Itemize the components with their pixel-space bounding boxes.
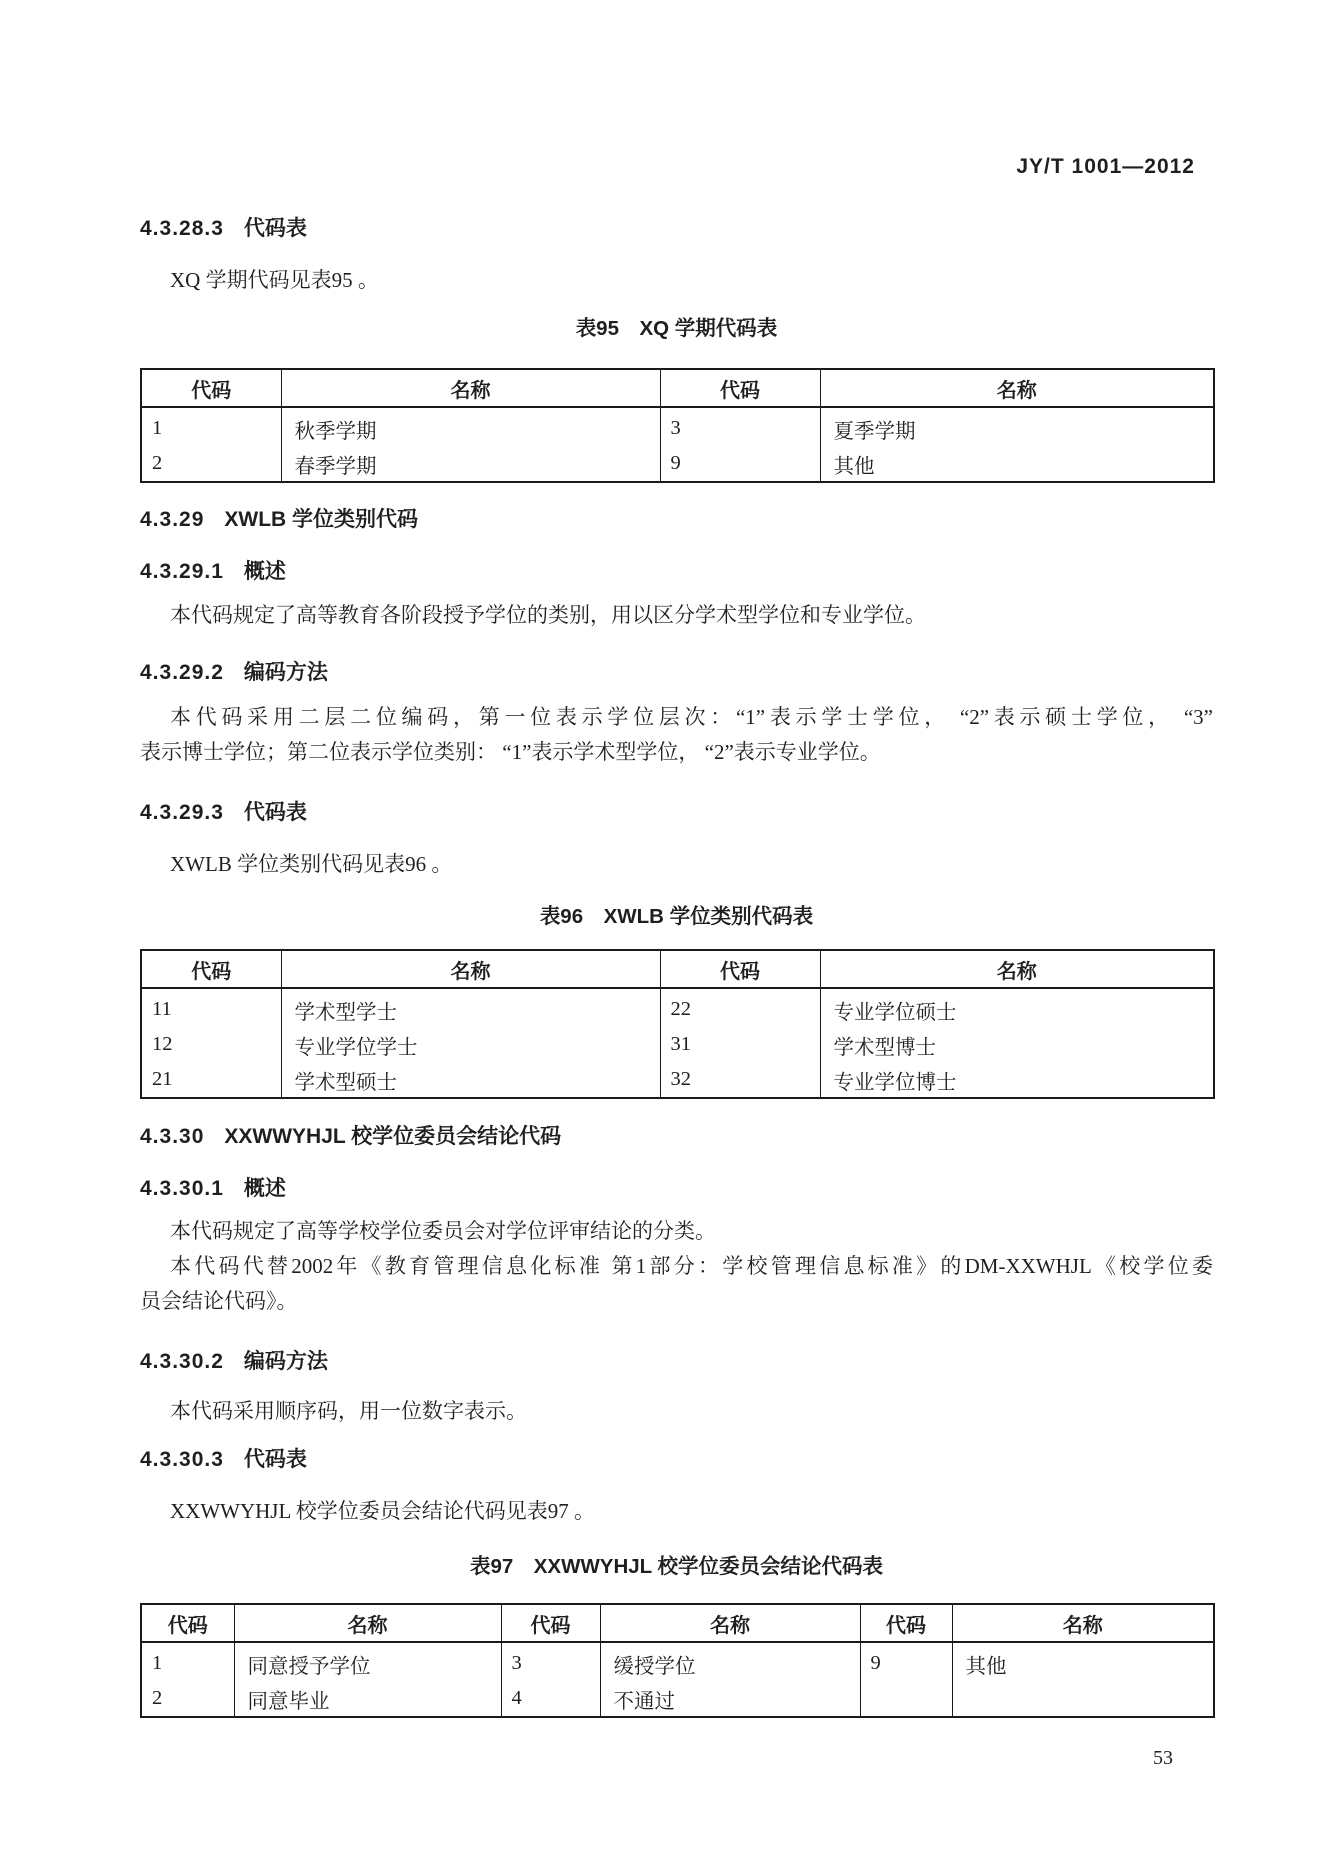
table-header-cell: 代码 — [141, 369, 281, 407]
table-cell — [952, 1681, 1214, 1717]
table-header-cell: 名称 — [820, 369, 1214, 407]
table-97: 代码 名称 代码 名称 代码 名称 1 同意授予学位 3 缓授学位 9 其他 2… — [140, 1603, 1215, 1718]
table-header-row: 代码 名称 代码 名称 代码 名称 — [141, 1604, 1214, 1642]
table-header-cell: 名称 — [820, 950, 1214, 988]
heading-title: 概述 — [244, 560, 286, 583]
table-97-caption: 表97 XXWWYHJL 校学位委员会结论代码表 — [140, 1554, 1213, 1580]
table-cell: 不通过 — [600, 1681, 860, 1717]
section-heading-4-3-28-3: 4.3.28.3代码表 — [140, 216, 1213, 242]
table-cell: 专业学位硕士 — [820, 988, 1214, 1027]
paragraph-replaces-30: 本代码代替2002年《教育管理信息化标准 第1部分：学校管理信息标准》的DM-X… — [140, 1249, 1213, 1319]
section-heading-4-3-29: 4.3.29XWLB 学位类别代码 — [140, 507, 1213, 533]
table-cell: 1 — [141, 1642, 234, 1681]
heading-number: 4.3.30.3 — [140, 1448, 224, 1471]
document-page: JY/T 1001—2012 4.3.28.3代码表 XQ 学期代码见表95 。… — [0, 0, 1323, 1871]
section-heading-4-3-29-3: 4.3.29.3代码表 — [140, 800, 1213, 826]
paragraph-overview-30: 本代码规定了高等学校学位委员会对学位评审结论的分类。 — [140, 1214, 1213, 1249]
table-header-row: 代码 名称 代码 名称 — [141, 950, 1214, 988]
table-header-cell: 名称 — [281, 950, 660, 988]
table-cell: 夏季学期 — [820, 407, 1214, 446]
table-cell: 31 — [660, 1027, 820, 1062]
table-cell: 4 — [501, 1681, 600, 1717]
table-header-cell: 名称 — [234, 1604, 501, 1642]
table-cell — [860, 1681, 952, 1717]
section-heading-4-3-30-1: 4.3.30.1概述 — [140, 1176, 1213, 1202]
table-cell: 同意毕业 — [234, 1681, 501, 1717]
heading-title: 编码方法 — [244, 1350, 328, 1373]
table-cell: 专业学位学士 — [281, 1027, 660, 1062]
section-heading-4-3-30-2: 4.3.30.2编码方法 — [140, 1349, 1213, 1375]
table-cell: 21 — [141, 1062, 281, 1098]
heading-title: XXWWYHJL 校学位委员会结论代码 — [224, 1125, 561, 1148]
section-heading-4-3-29-2: 4.3.29.2编码方法 — [140, 660, 1213, 686]
heading-title: XWLB 学位类别代码 — [224, 508, 418, 531]
table-cell: 1 — [141, 407, 281, 446]
table-row: 2 同意毕业 4 不通过 — [141, 1681, 1214, 1717]
heading-number: 4.3.30.1 — [140, 1177, 224, 1200]
table-cell: 9 — [860, 1642, 952, 1681]
paragraph-line: 表示博士学位；第二位表示学位类别： “1”表示学术型学位， “2”表示专业学位。 — [140, 735, 1213, 770]
paragraph-coding-method-30: 本代码采用顺序码，用一位数字表示。 — [140, 1394, 1213, 1429]
paragraph-coding-method-29: 本代码采用二层二位编码，第一位表示学位层次：“1”表示学士学位， “2”表示硕士… — [140, 700, 1213, 770]
section-heading-4-3-29-1: 4.3.29.1概述 — [140, 559, 1213, 585]
table-cell: 3 — [501, 1642, 600, 1681]
table-96-caption: 表96 XWLB 学位类别代码表 — [140, 904, 1213, 930]
table-cell: 2 — [141, 446, 281, 482]
table-cell: 春季学期 — [281, 446, 660, 482]
table-header-cell: 名称 — [281, 369, 660, 407]
section-heading-4-3-30-3: 4.3.30.3代码表 — [140, 1447, 1213, 1473]
table-row: 1 秋季学期 3 夏季学期 — [141, 407, 1214, 446]
table-row: 12 专业学位学士 31 学术型博士 — [141, 1027, 1214, 1062]
paragraph-xq-ref: XQ 学期代码见表95 。 — [140, 263, 1213, 298]
table-header-cell: 代码 — [660, 950, 820, 988]
heading-number: 4.3.29.3 — [140, 801, 224, 824]
table-cell: 32 — [660, 1062, 820, 1098]
table-cell: 其他 — [820, 446, 1214, 482]
paragraph-overview-29: 本代码规定了高等教育各阶段授予学位的类别，用以区分学术型学位和专业学位。 — [140, 598, 1213, 633]
table-header-cell: 代码 — [660, 369, 820, 407]
table-cell: 秋季学期 — [281, 407, 660, 446]
standard-code: JY/T 1001—2012 — [140, 0, 1195, 180]
table-95: 代码 名称 代码 名称 1 秋季学期 3 夏季学期 2 春季学期 9 其他 — [140, 368, 1215, 483]
table-cell: 同意授予学位 — [234, 1642, 501, 1681]
table-row: 2 春季学期 9 其他 — [141, 446, 1214, 482]
table-cell: 学术型硕士 — [281, 1062, 660, 1098]
table-cell: 学术型博士 — [820, 1027, 1214, 1062]
heading-number: 4.3.30 — [140, 1125, 204, 1148]
table-row: 1 同意授予学位 3 缓授学位 9 其他 — [141, 1642, 1214, 1681]
heading-number: 4.3.28.3 — [140, 217, 224, 240]
table-cell: 2 — [141, 1681, 234, 1717]
table-cell: 其他 — [952, 1642, 1214, 1681]
table-cell: 9 — [660, 446, 820, 482]
heading-title: 代码表 — [244, 801, 307, 824]
heading-title: 概述 — [244, 1177, 286, 1200]
table-header-cell: 代码 — [141, 1604, 234, 1642]
heading-title: 编码方法 — [244, 661, 328, 684]
table-cell: 缓授学位 — [600, 1642, 860, 1681]
table-header-cell: 代码 — [141, 950, 281, 988]
paragraph-line: 本代码采用二层二位编码，第一位表示学位层次：“1”表示学士学位， “2”表示硕士… — [140, 700, 1213, 735]
table-cell: 12 — [141, 1027, 281, 1062]
paragraph-xwlb-ref: XWLB 学位类别代码见表96 。 — [140, 847, 1213, 882]
table-header-cell: 代码 — [501, 1604, 600, 1642]
table-cell: 11 — [141, 988, 281, 1027]
paragraph-xxwwyhjl-ref: XXWWYHJL 校学位委员会结论代码见表97 。 — [140, 1494, 1213, 1529]
heading-title: 代码表 — [244, 217, 307, 240]
table-header-row: 代码 名称 代码 名称 — [141, 369, 1214, 407]
table-96: 代码 名称 代码 名称 11 学术型学士 22 专业学位硕士 12 专业学位学士… — [140, 949, 1215, 1099]
table-row: 21 学术型硕士 32 专业学位博士 — [141, 1062, 1214, 1098]
heading-number: 4.3.30.2 — [140, 1350, 224, 1373]
table-cell: 专业学位博士 — [820, 1062, 1214, 1098]
heading-number: 4.3.29.2 — [140, 661, 224, 684]
table-row: 11 学术型学士 22 专业学位硕士 — [141, 988, 1214, 1027]
table-95-caption: 表95 XQ 学期代码表 — [140, 316, 1213, 342]
table-cell: 22 — [660, 988, 820, 1027]
heading-number: 4.3.29 — [140, 508, 204, 531]
table-cell: 3 — [660, 407, 820, 446]
heading-title: 代码表 — [244, 1448, 307, 1471]
table-header-cell: 名称 — [600, 1604, 860, 1642]
section-heading-4-3-30: 4.3.30XXWWYHJL 校学位委员会结论代码 — [140, 1124, 1213, 1150]
heading-number: 4.3.29.1 — [140, 560, 224, 583]
paragraph-line: 本代码代替2002年《教育管理信息化标准 第1部分：学校管理信息标准》的DM-X… — [140, 1249, 1213, 1284]
table-cell: 学术型学士 — [281, 988, 660, 1027]
table-header-cell: 名称 — [952, 1604, 1214, 1642]
paragraph-line: 员会结论代码》。 — [140, 1284, 1213, 1319]
page-number: 53 — [140, 1746, 1173, 1770]
table-header-cell: 代码 — [860, 1604, 952, 1642]
